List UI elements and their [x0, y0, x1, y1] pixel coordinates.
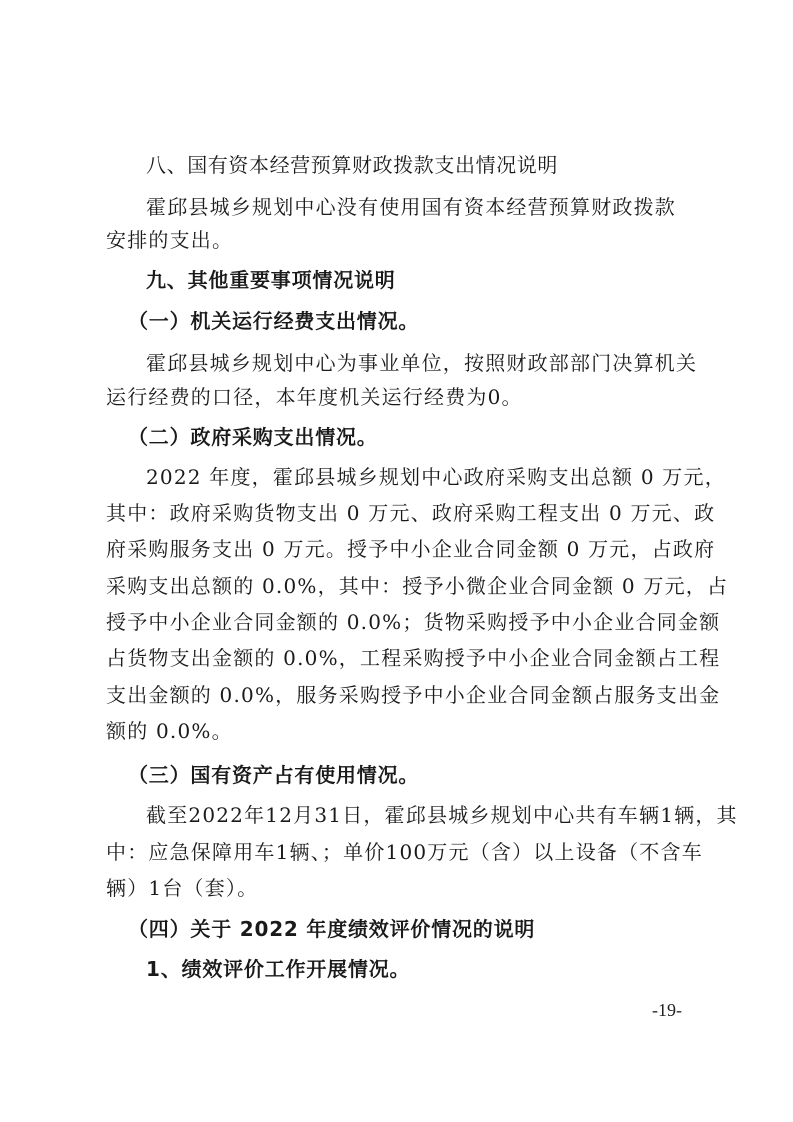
subsection-3-paragraph-line-2: 中：应急保障用车1辆、；单价100万元（含）以上设备（不含车 [106, 839, 676, 865]
section-8-paragraph-line-2: 安排的支出。 [106, 227, 676, 253]
section-8-heading: 八、国有资本经营预算财政拨款支出情况说明 [146, 152, 716, 178]
page-number: -19- [652, 1000, 682, 1021]
section-9-heading: 九、其他重要事项情况说明 [146, 267, 716, 293]
subsection-3-paragraph-line-3: 辆）1台（套）。 [106, 875, 676, 901]
subsection-2-paragraph-line-4: 采购支出总额的 0.0%，其中：授予小微企业合同金额 0 万元，占 [106, 573, 676, 599]
subsection-4-heading: （四）关于 2022 年度绩效评价情况的说明 [128, 916, 698, 942]
subsection-4-item-1: 1、绩效评价工作开展情况。 [146, 956, 716, 982]
subsection-2-paragraph-line-6: 占货物支出金额的 0.0%，工程采购授予中小企业合同金额占工程 [106, 645, 676, 671]
subsection-2-paragraph-line-3: 府采购服务支出 0 万元。授予中小企业合同金额 0 万元，占政府 [106, 536, 676, 562]
subsection-2-paragraph-line-5: 授予中小企业合同金额的 0.0%；货物采购授予中小企业合同金额 [106, 609, 676, 635]
subsection-2-paragraph-line-1: 2022 年度，霍邱县城乡规划中心政府采购支出总额 0 万元， [146, 464, 716, 490]
subsection-2-paragraph-line-7: 支出金额的 0.0%，服务采购授予中小企业合同金额占服务支出金 [106, 682, 676, 708]
subsection-2-paragraph-line-8: 额的 0.0%。 [106, 718, 676, 744]
subsection-2-heading: （二）政府采购支出情况。 [128, 424, 698, 450]
subsection-1-paragraph-line-1: 霍邱县城乡规划中心为事业单位，按照财政部部门决算机关 [146, 350, 716, 376]
subsection-3-heading: （三）国有资产占有使用情况。 [128, 762, 698, 788]
subsection-3-paragraph-line-1: 截至2022年12月31日，霍邱县城乡规划中心共有车辆1辆，其 [146, 802, 716, 828]
section-8-paragraph-line-1: 霍邱县城乡规划中心没有使用国有资本经营预算财政拨款 [146, 194, 716, 220]
subsection-1-heading: （一）机关运行经费支出情况。 [128, 308, 698, 334]
subsection-1-paragraph-line-2: 运行经费的口径，本年度机关运行经费为0。 [106, 384, 676, 410]
document-page: 八、国有资本经营预算财政拨款支出情况说明 霍邱县城乡规划中心没有使用国有资本经营… [0, 0, 793, 1122]
subsection-2-paragraph-line-2: 其中：政府采购货物支出 0 万元、政府采购工程支出 0 万元、政 [106, 500, 676, 526]
